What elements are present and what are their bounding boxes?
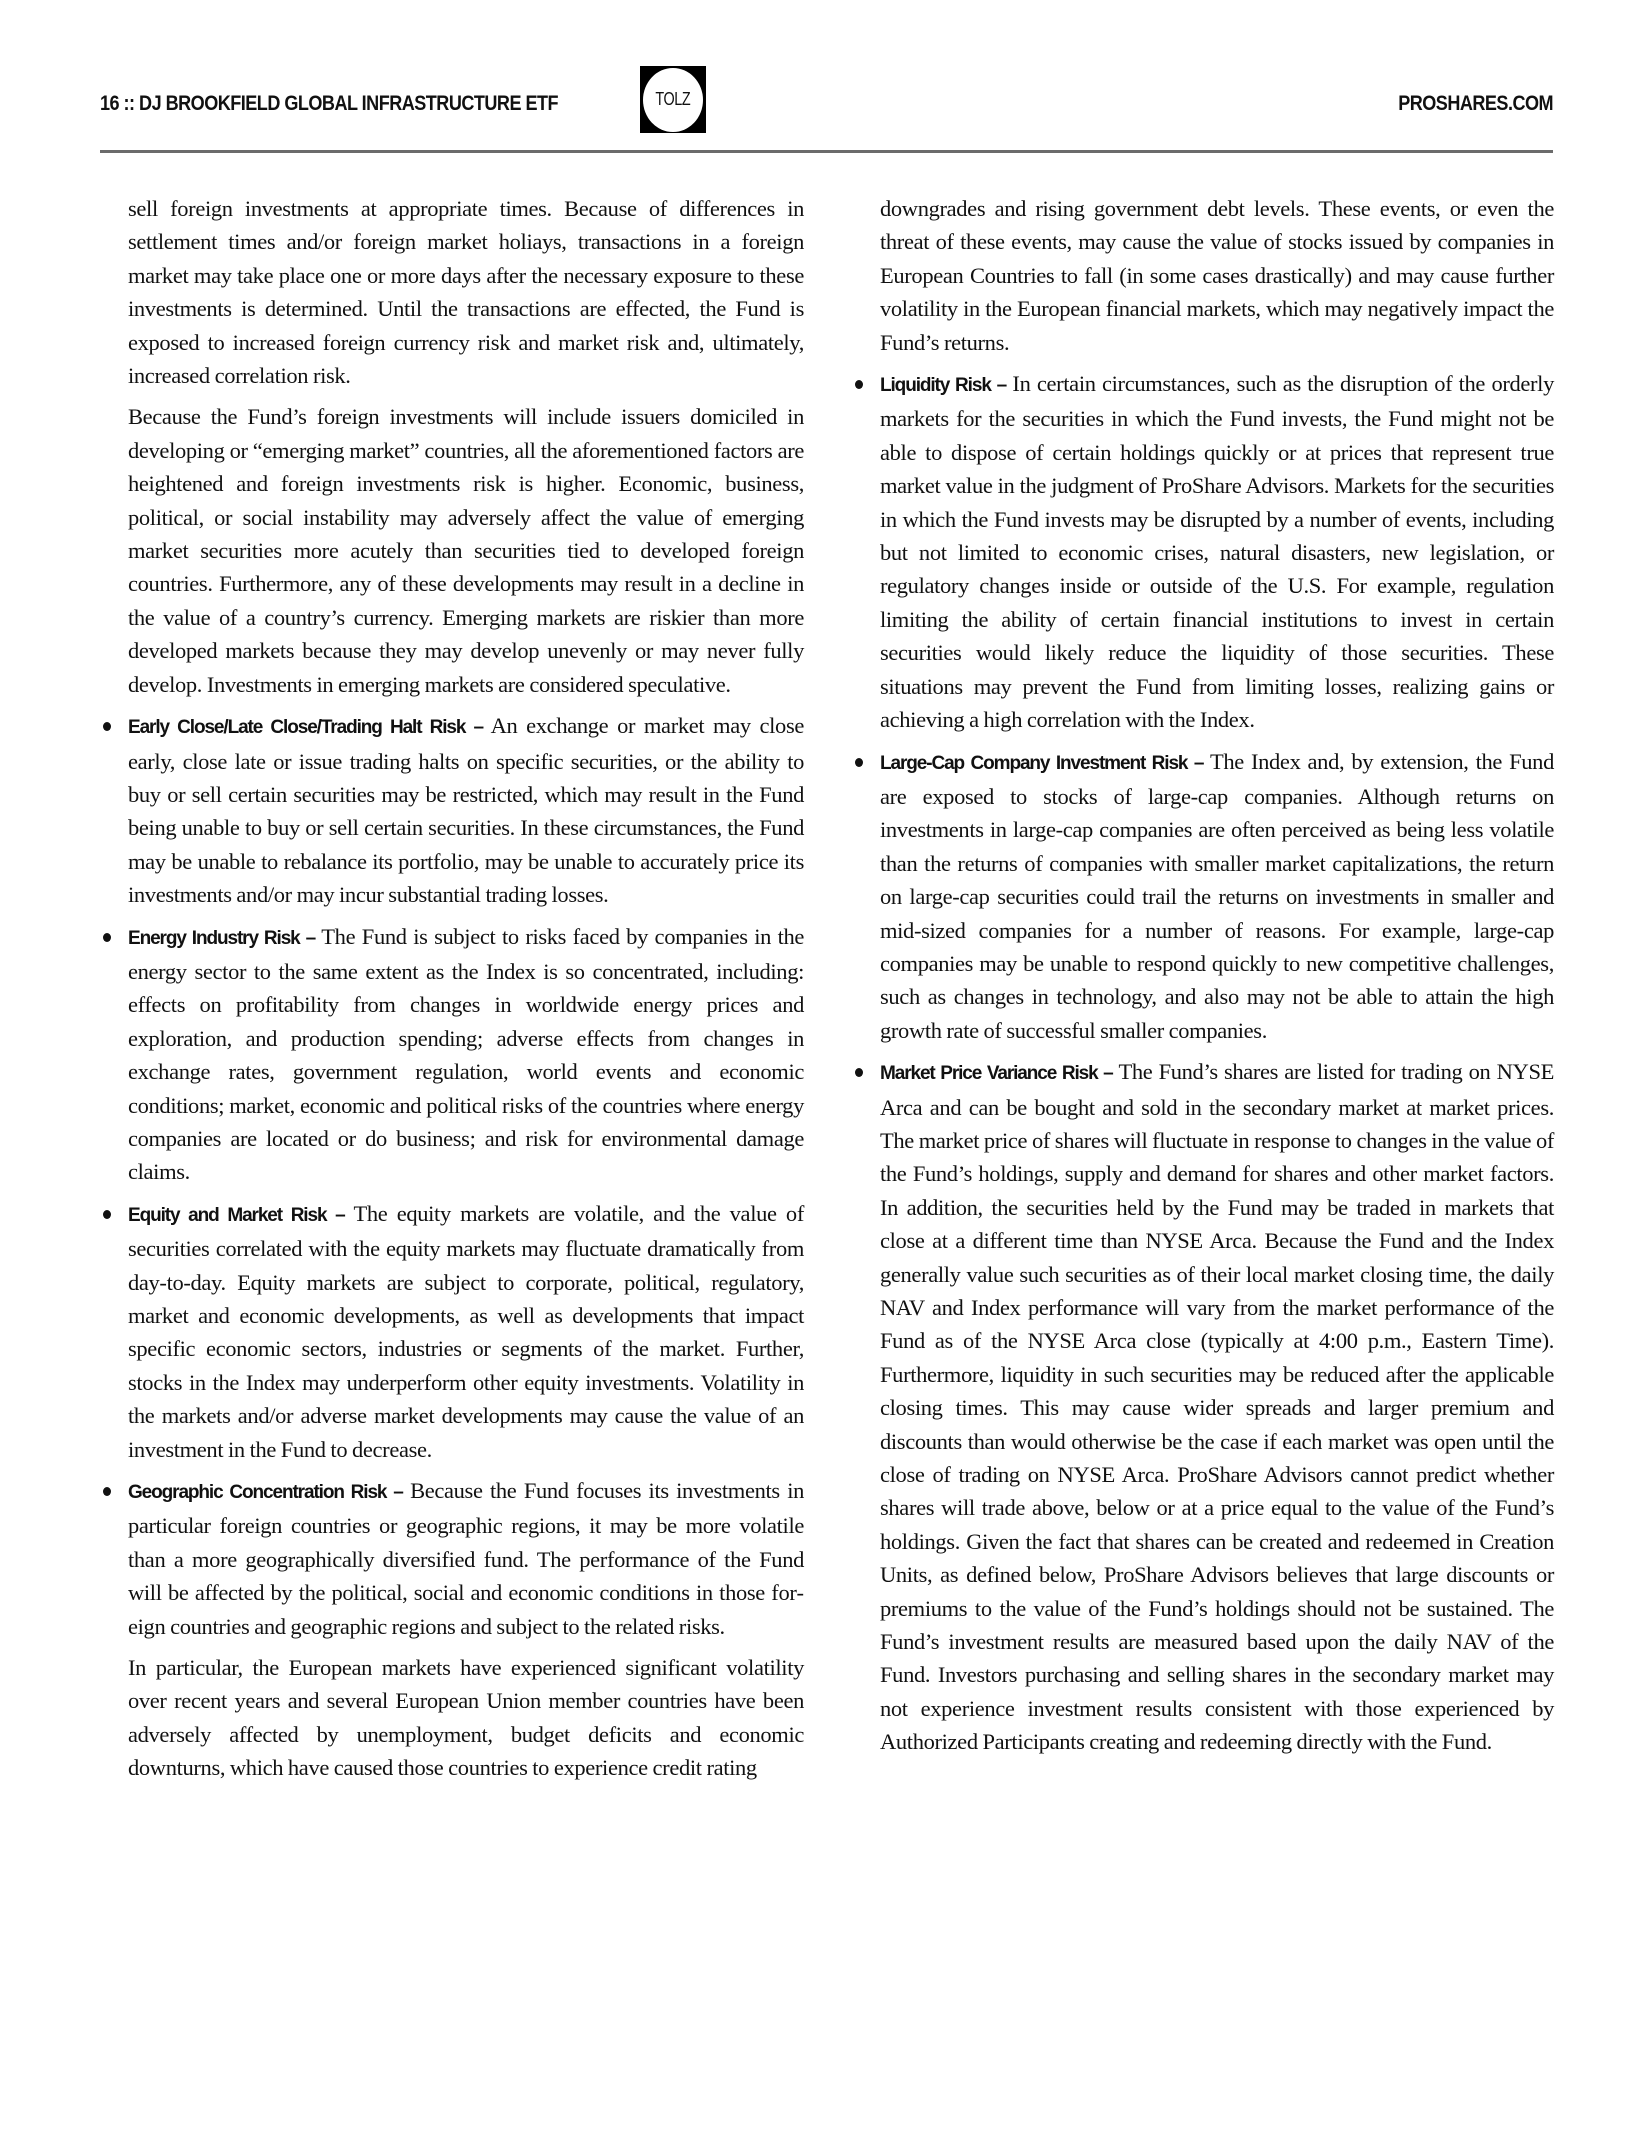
paragraph: sell foreign investments at appropriate … [128, 192, 804, 392]
risk-item-market-price-variance: Market Price Variance Risk – The Fund’s … [880, 1055, 1554, 1759]
header-divider [100, 150, 1553, 153]
bullet-icon [855, 758, 863, 767]
risk-item-early-close: Early Close/Late Close/Trading Halt Risk… [128, 709, 804, 911]
risk-term: Geographic Concentration Risk – [128, 1482, 403, 1503]
risk-description: The Index and, by extension, the Fund ar… [880, 749, 1554, 1043]
risk-description: In certain circumstances, such as the di… [880, 371, 1554, 732]
risk-term: Market Price Variance Risk – [880, 1063, 1113, 1084]
risk-item-geographic-concentration: Geographic Concentration Risk – Because … [128, 1474, 804, 1643]
site-url: PROSHARES.COM [1398, 92, 1553, 116]
paragraph-continuation: In particular, the European markets have… [128, 1651, 804, 1785]
left-column: sell foreign investments at appropriate … [128, 192, 804, 1793]
ticker-badge-circle-icon: TOLZ [643, 68, 703, 132]
risk-term: Equity and Market Risk – [128, 1205, 345, 1226]
bullet-icon [855, 380, 863, 389]
bullet-icon [103, 722, 111, 731]
right-column: downgrades and rising government debt le… [880, 192, 1554, 1767]
risk-term: Large-Cap Company Investment Risk – [880, 753, 1203, 774]
ticker-symbol: TOLZ [656, 89, 691, 110]
risk-item-liquidity: Liquidity Risk – In certain circumstance… [880, 367, 1554, 736]
bullet-icon [103, 933, 111, 942]
risk-term: Energy Industry Risk – [128, 928, 315, 949]
risk-item-equity-market: Equity and Market Risk – The equity mark… [128, 1197, 804, 1466]
paragraph: Because the Fund’s foreign investments w… [128, 400, 804, 701]
paragraph: downgrades and rising government debt le… [880, 192, 1554, 359]
page-header: 16 :: DJ BROOKFIELD GLOBAL INFRASTRUCTUR… [100, 66, 1553, 136]
risk-description: The Fund is subject to risks faced by co… [128, 924, 804, 1185]
risk-description: The equity markets are volatile, and the… [128, 1201, 804, 1462]
bullet-icon [855, 1068, 863, 1077]
risk-term: Early Close/Late Close/Trading Halt Risk… [128, 717, 483, 738]
page-title: 16 :: DJ BROOKFIELD GLOBAL INFRASTRUCTUR… [100, 92, 558, 116]
ticker-logo: TOLZ [640, 66, 706, 133]
bullet-icon [103, 1487, 111, 1496]
bullet-icon [103, 1210, 111, 1219]
risk-item-energy-industry: Energy Industry Risk – The Fund is subje… [128, 920, 804, 1189]
risk-description: The Fund’s shares are listed for trad­in… [880, 1059, 1554, 1754]
risk-item-large-cap: Large-Cap Company Investment Risk – The … [880, 745, 1554, 1048]
risk-description: An exchange or market may close early, c… [128, 713, 804, 907]
risk-term: Liquidity Risk – [880, 375, 1006, 396]
